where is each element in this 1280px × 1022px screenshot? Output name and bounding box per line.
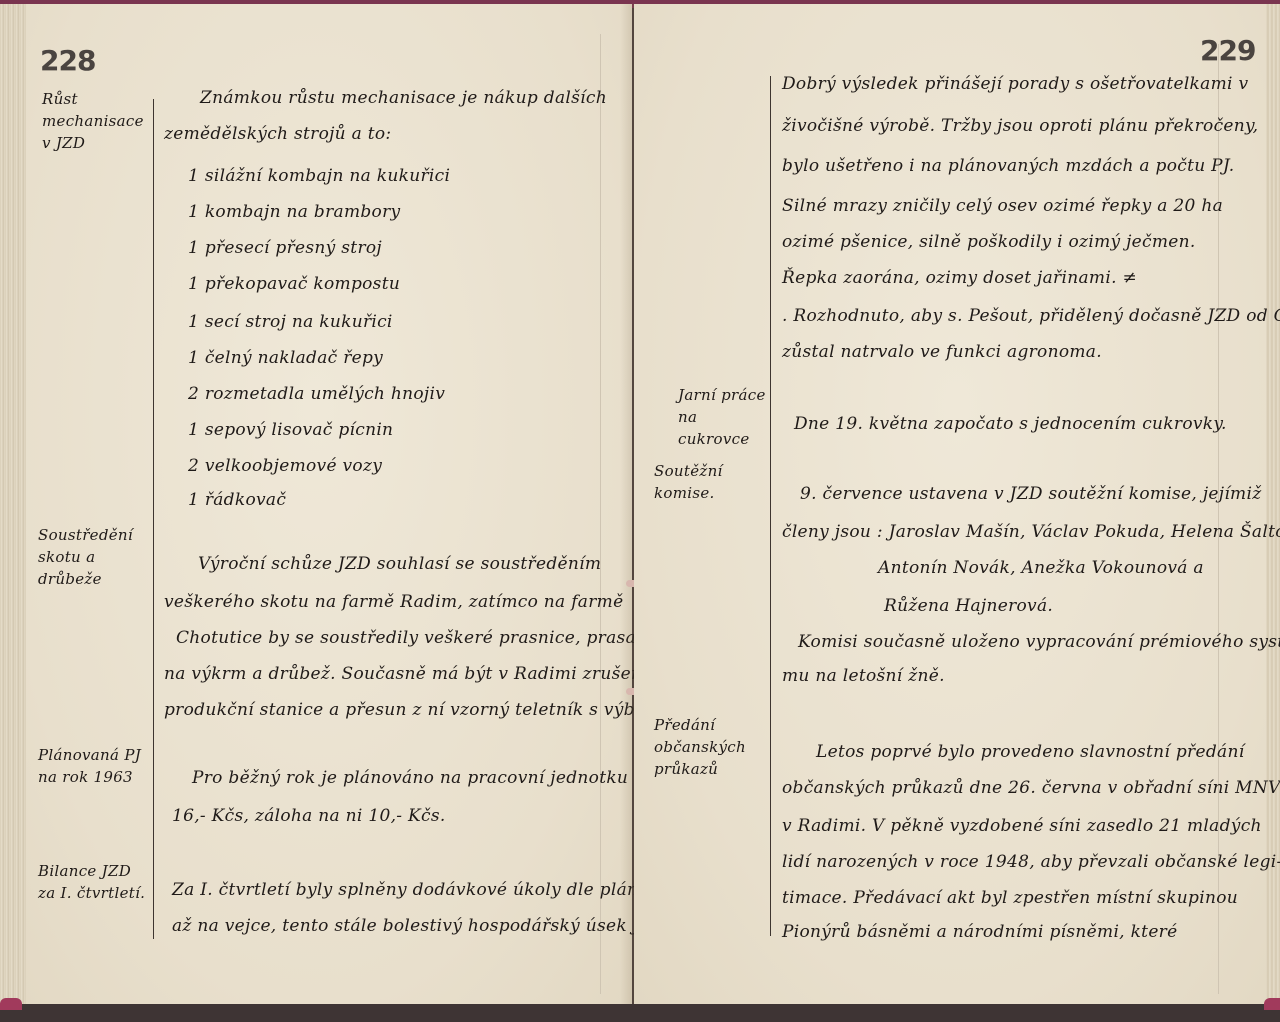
text-line: timace. Předávací akt byl zpestřen místn… — [782, 888, 1238, 908]
text-line: produkční stanice a přesun z ní vzorný t… — [164, 700, 670, 720]
table-surface — [0, 1004, 1280, 1022]
text-line: Komisi současně uloženo vypracování prém… — [798, 632, 1280, 652]
text-line: 16,- Kčs, záloha na ni 10,- Kčs. — [172, 806, 446, 826]
text-line: občanských průkazů dne 26. června v obřa… — [782, 778, 1280, 798]
margin-note: Jarní práce na cukrovce — [678, 384, 770, 450]
margin-note: Soustředění skotu a drůbeže — [38, 524, 153, 590]
right-page: 229 Jarní práce na cukrovce Soutěžní kom… — [634, 4, 1280, 1008]
list-item: 1 řádkovač — [188, 490, 286, 510]
text-line: lidí narozených v roce 1948, aby převzal… — [782, 852, 1280, 872]
page-number-left: 228 — [40, 44, 95, 77]
margin-rule-right — [770, 76, 771, 936]
list-item: 1 přesecí přesný stroj — [188, 238, 382, 258]
text-line: Letos poprvé bylo provedeno slavnostní p… — [816, 742, 1244, 762]
text-line: mu na letošní žně. — [782, 666, 945, 686]
margin-note: Soutěžní komise. — [654, 460, 766, 504]
cover-corner-left — [0, 998, 22, 1010]
text-line: členy jsou : Jaroslav Mašín, Václav Poku… — [782, 522, 1280, 542]
text-line: Za I. čtvrtletí byly splněny dodávkové ú… — [172, 880, 655, 900]
open-chronicle-book: 228 Růst mechanisace v JZD Soustředění s… — [0, 4, 1280, 1012]
list-item: 1 silážní kombajn na kukuřici — [188, 166, 450, 186]
margin-note: Růst mechanisace v JZD — [42, 88, 154, 154]
text-line: Dne 19. května započato s jednocením cuk… — [794, 414, 1227, 434]
text-line: Známkou růstu mechanisace je nákup další… — [200, 88, 607, 108]
list-item: 2 velkoobjemové vozy — [188, 456, 382, 476]
text-line: v Radimi. V pěkně vyzdobené síni zasedlo… — [782, 816, 1262, 836]
text-line: Pionýrů básněmi a národními písněmi, kte… — [782, 922, 1177, 942]
list-item: 1 sepový lisovač pícnin — [188, 420, 393, 440]
text-line: Růžena Hajnerová. — [884, 596, 1053, 616]
list-item: 2 rozmetadla umělých hnojiv — [188, 384, 445, 404]
text-line: až na vejce, tento stále bolestivý hospo… — [172, 916, 671, 936]
list-item: 1 překopavač kompostu — [188, 274, 400, 294]
text-line: Řepka zaorána, ozimy doset jařinami. ≠ — [782, 268, 1137, 288]
text-line: Výroční schůze JZD souhlasí se soustředě… — [198, 554, 601, 574]
margin-rule-left — [153, 99, 154, 939]
text-line: Chotutice by se soustředily veškeré pras… — [176, 628, 654, 648]
text-line: Pro běžný rok je plánováno na pracovní j… — [192, 768, 628, 788]
cover-corner-right — [1264, 998, 1280, 1010]
page-number-right: 229 — [1200, 34, 1255, 67]
margin-note: Plánovaná PJ na rok 1963 — [38, 744, 150, 788]
list-item: 1 secí stroj na kukuřici — [188, 312, 393, 332]
page-edges-left — [0, 4, 26, 1008]
list-item: 1 kombajn na brambory — [188, 202, 400, 222]
text-line: veškerého skotu na farmě Radim, zatímco … — [164, 592, 623, 612]
text-line: živočišné výrobě. Tržby jsou oproti plán… — [782, 116, 1258, 136]
text-line: bylo ušetřeno i na plánovaných mzdách a … — [782, 156, 1234, 176]
text-line: zemědělských strojů a to: — [164, 124, 391, 144]
list-item: 1 čelný nakladač řepy — [188, 348, 383, 368]
text-line: Silné mrazy zničily celý osev ozimé řepk… — [782, 196, 1223, 216]
text-line: Dobrý výsledek přinášejí porady s ošetřo… — [782, 74, 1248, 94]
right-edge-rule-left — [600, 34, 601, 994]
text-line: Antonín Novák, Anežka Vokounová a — [878, 558, 1204, 578]
text-line: zůstal natrvalo ve funkci agronoma. — [782, 342, 1102, 362]
text-line: . Rozhodnuto, aby s. Pešout, přidělený d… — [782, 306, 1280, 326]
text-line: 9. července ustavena v JZD soutěžní komi… — [800, 484, 1261, 504]
left-page: 228 Růst mechanisace v JZD Soustředění s… — [0, 4, 632, 1008]
text-line: ozimé pšenice, silně poškodily i ozimý j… — [782, 232, 1196, 252]
text-line: na výkrm a drůbež. Současně má být v Rad… — [164, 664, 653, 684]
margin-note: Předání občanských průkazů — [654, 714, 766, 780]
margin-note: Bilance JZD za I. čtvrtletí. — [38, 860, 150, 904]
